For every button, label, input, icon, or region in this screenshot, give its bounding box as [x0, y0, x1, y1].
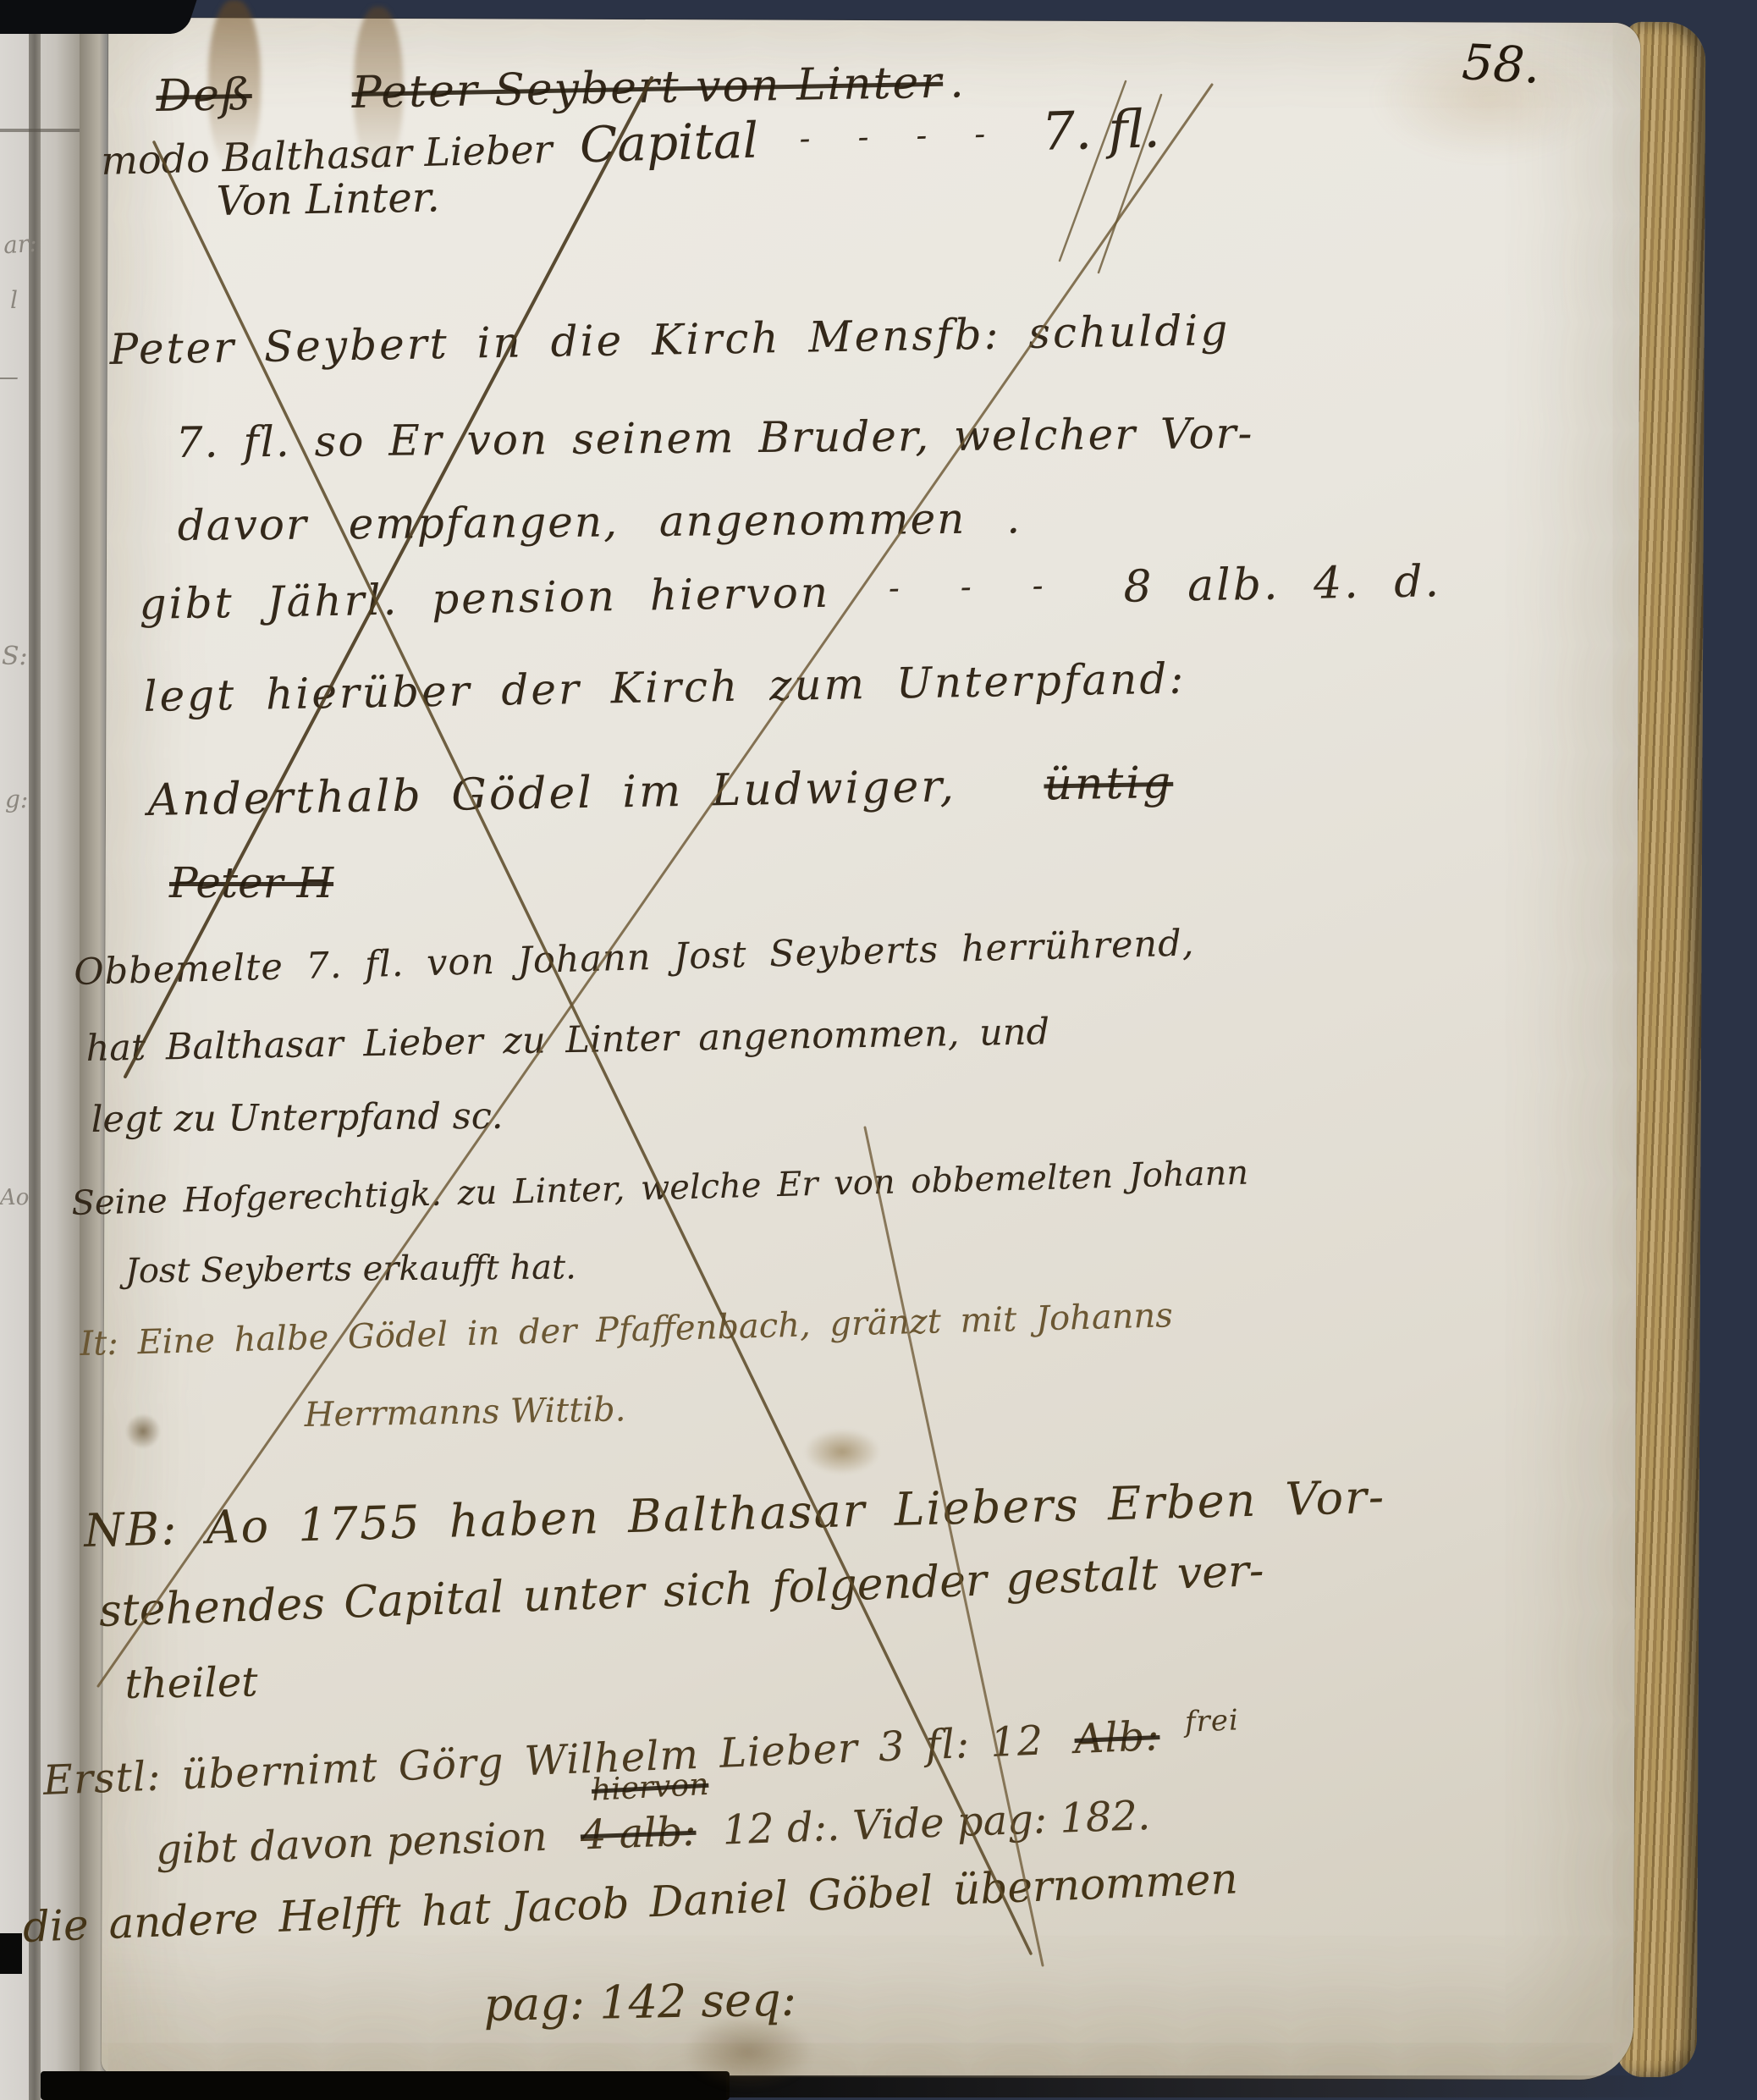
dash-leader: - - - - [799, 114, 1005, 157]
margin-fragment: S: [2, 642, 28, 671]
heading-struck-name: Peter Seybert von Linter [351, 58, 943, 119]
heading-period: . [950, 57, 967, 107]
margin-fragment: l [10, 286, 18, 314]
previous-page-rule [0, 129, 80, 132]
page-bottom-shadow [726, 2075, 1691, 2097]
transfer-line-3: legt zu Unterpfand sc. [91, 1099, 504, 1138]
binding-shadow-left [0, 1933, 22, 1974]
margin-fragment: ar: [3, 229, 38, 260]
origin-line: Von Linter. [216, 177, 440, 222]
binding-shadow-top [0, 0, 196, 34]
margin-fragment: — [0, 362, 19, 392]
pension-struck-1755: 4 alb: [580, 1808, 697, 1860]
share-note: frei [1184, 1703, 1239, 1739]
addendum-line-3: theilet [124, 1662, 258, 1705]
previous-page-fold-line [29, 14, 41, 2100]
entry-line-3: davor empfangen, angenommen . [178, 497, 1022, 547]
transfer-line-7: Herrmanns Wittib. [304, 1392, 625, 1432]
transfer-line-5: Jost Seyberts erkaufft hat. [125, 1250, 576, 1288]
interlinear-insert: hiervon [591, 1770, 709, 1806]
pledge-struck-word: üntig [1044, 758, 1174, 811]
manuscript-scan: ar: l — S: g: Ao 58. DeßPeter Seybert vo… [0, 0, 1757, 2100]
entry-line-2: 7. fl. so Er von seinem Bruder, welcher … [176, 412, 1254, 464]
margin-fragment: Ao [0, 1185, 29, 1210]
dash-leader: - - - [888, 566, 1060, 607]
entry-line-7: Peter H [169, 862, 333, 904]
heading-struck-word: Deß [156, 69, 252, 122]
addendum-line-7: pag: 142 seq: [483, 1977, 796, 2028]
page-number: 58. [1461, 37, 1541, 91]
page-bottom-shadow [41, 2071, 730, 2100]
capital-label: Capital [579, 112, 759, 174]
pension-amount: 8 alb. 4. d. [1123, 556, 1442, 613]
capital-amount: 7. fl. [1041, 97, 1161, 163]
share-struck: Alb: [1073, 1712, 1160, 1763]
margin-fragment: g: [5, 785, 28, 813]
struck-name: Peter H [169, 858, 333, 907]
